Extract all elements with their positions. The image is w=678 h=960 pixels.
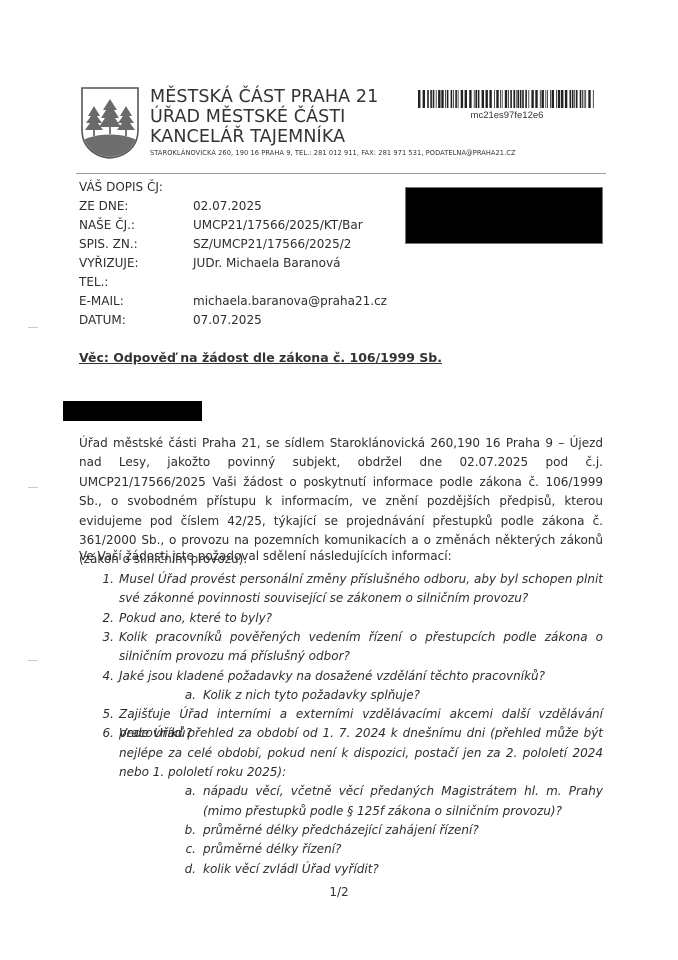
metadata-label: E-MAIL: <box>79 292 124 311</box>
question-number: a. <box>176 782 196 801</box>
question-text: nápadu věcí, včetně věcí předaných Magis… <box>203 782 603 821</box>
question-number: b. <box>176 821 196 840</box>
question-text: Vede Úřad přehled za období od 1. 7. 202… <box>119 724 603 782</box>
barcode-icon <box>418 90 596 108</box>
org-name-line-2: ÚŘAD MĚSTSKÉ ČÁSTI <box>150 107 345 127</box>
metadata-value: JUDr. Michaela Baranová <box>193 254 340 273</box>
question-text: Kolik pracovníků pověřených vedením říze… <box>119 628 603 667</box>
question-number: 4. <box>94 667 114 686</box>
org-address: STAROKLÁNOVICKÁ 260, 190 16 PRAHA 9, TEL… <box>150 149 516 157</box>
question-number: 2. <box>94 609 114 628</box>
questions-intro: Ve Vaší žádosti jste požadoval sdělení n… <box>79 549 452 563</box>
question-number: 5. <box>94 705 114 724</box>
question-number: 3. <box>94 628 114 647</box>
metadata-value: 07.07.2025 <box>193 311 262 330</box>
margin-fold-mark <box>28 660 38 661</box>
question-text: Pokud ano, které to byly? <box>119 609 603 628</box>
redacted-recipient-address <box>405 187 603 244</box>
question-text: Musel Úřad provést personální změny přís… <box>119 570 603 609</box>
question-text: průměrné délky řízení? <box>203 840 603 859</box>
coat-of-arms-trees-icon <box>80 86 140 160</box>
question-number: 1. <box>94 570 114 589</box>
question-number: d. <box>176 860 196 879</box>
metadata-value: 02.07.2025 <box>193 197 262 216</box>
question-number: 6. <box>94 724 114 743</box>
metadata-label: DATUM: <box>79 311 126 330</box>
redacted-salutation <box>63 401 202 421</box>
metadata-value: michaela.baranova@praha21.cz <box>193 292 387 311</box>
margin-fold-mark <box>28 487 38 488</box>
question-text: kolik věcí zvládl Úřad vyřídit? <box>203 860 603 879</box>
question-text: Kolik z nich tyto požadavky splňuje? <box>203 686 603 705</box>
org-name-line-3: KANCELÁŘ TAJEMNÍKA <box>150 127 345 147</box>
metadata-label: VYŘIZUJE: <box>79 254 139 273</box>
question-text: průměrné délky předcházející zahájení ří… <box>203 821 603 840</box>
page-number: 1/2 <box>0 885 678 899</box>
metadata-label: ZE DNE: <box>79 197 128 216</box>
header-divider <box>76 173 606 174</box>
metadata-label: VÁŠ DOPIS ČJ: <box>79 178 163 197</box>
margin-fold-mark <box>28 327 38 328</box>
question-text: Jaké jsou kladené požadavky na dosažené … <box>119 667 603 686</box>
metadata-label: SPIS. ZN.: <box>79 235 138 254</box>
org-name-line-1: MĚSTSKÁ ČÁST PRAHA 21 <box>150 87 378 107</box>
barcode-text: mc21es97fe12e6 <box>418 110 596 121</box>
metadata-label: TEL.: <box>79 273 108 292</box>
metadata-label: NAŠE ČJ.: <box>79 216 135 235</box>
metadata-value: UMCP21/17566/2025/KT/Bar <box>193 216 363 235</box>
question-number: c. <box>176 840 196 859</box>
letter-subject: Věc: Odpověď na žádost dle zákona č. 106… <box>79 350 442 365</box>
metadata-value: SZ/UMCP21/17566/2025/2 <box>193 235 351 254</box>
question-number: a. <box>176 686 196 705</box>
